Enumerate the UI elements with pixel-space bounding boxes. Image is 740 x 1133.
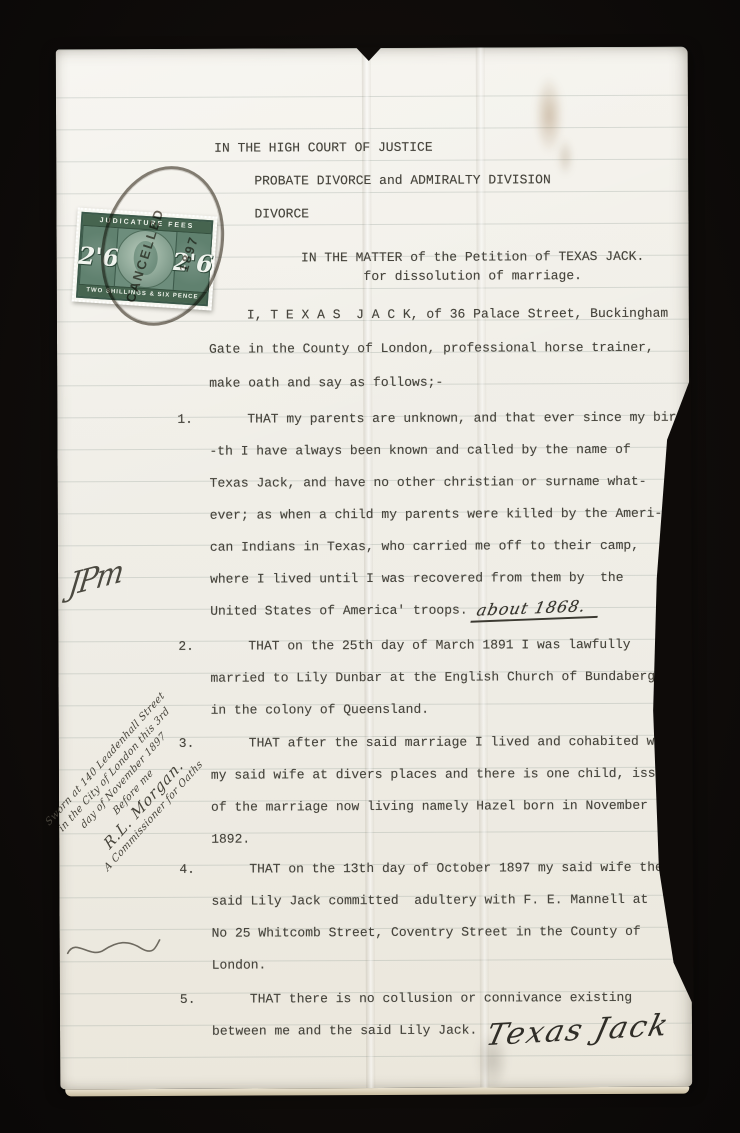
paragraph-2: 2. THAT on the 25th day of March 1891 I … (210, 629, 680, 727)
paragraph-line: where I lived until I was recovered from… (210, 562, 680, 596)
matter-line1: IN THE MATTER of the Petition of TEXAS J… (289, 247, 657, 268)
top-fold-notch (356, 47, 382, 61)
paragraph-line: THAT on the 25th day of March 1891 I was… (210, 629, 680, 663)
heading-division: PROBATE DIVORCE and ADMIRALTY DIVISION (254, 163, 551, 197)
paragraph-line: THAT on the 13th day of October 1897 my … (211, 852, 681, 886)
paragraph-4: 4. THAT on the 13th day of October 1897 … (211, 852, 682, 982)
paragraph-number: 4. (179, 854, 195, 886)
paragraph-1: 1. THAT my parents are unknown, and that… (209, 402, 680, 628)
heading-court: IN THE HIGH COURT OF JUSTICE (214, 130, 551, 164)
paragraph-line: in the colony of Queensland. (211, 693, 681, 727)
flourish-squiggle (64, 931, 164, 965)
paragraph-line: said Lily Jack committed adultery with F… (211, 884, 681, 918)
paragraph-line: -th I have always been known and called … (209, 434, 679, 468)
paragraph-line: Texas Jack, and have no other christian … (210, 466, 680, 500)
preamble-line: I, T E X A S J A C K, of 36 Palace Stree… (209, 297, 668, 333)
paragraph-line: THAT after the said marriage I lived and… (211, 726, 681, 760)
paragraph-line: THAT my parents are unknown, and that ev… (209, 402, 679, 436)
paragraph-line: of the marriage now living namely Hazel … (211, 790, 681, 824)
paragraph-line: married to Lily Dunbar at the English Ch… (210, 661, 680, 695)
heading-cause: DIVORCE (254, 196, 551, 230)
preamble-line: Gate in the County of London, profession… (209, 331, 668, 367)
paragraph-line: United States of America' troops.about 1… (210, 594, 680, 628)
matter-title: IN THE MATTER of the Petition of TEXAS J… (289, 247, 657, 287)
paragraph-number: 5. (180, 984, 196, 1016)
preamble: I, T E X A S J A C K, of 36 Palace Stree… (209, 297, 669, 401)
paragraph-line: ever; as when a child my parents were ki… (210, 498, 680, 532)
paragraph-line: No 25 Whitcomb Street, Coventry Street i… (212, 916, 682, 950)
matter-line2: for dissolution of marriage. (289, 266, 657, 287)
court-heading: IN THE HIGH COURT OF JUSTICE PROBATE DIV… (208, 130, 551, 230)
paragraph-line: can Indians in Texas, who carried me off… (210, 530, 680, 564)
paragraph-line: my said wife at divers places and there … (211, 758, 681, 792)
paragraph-3: 3. THAT after the said marriage I lived … (211, 726, 682, 856)
paragraph-line: 1892. (211, 822, 681, 856)
paragraph-number: 1. (177, 404, 193, 436)
paragraph-number: 2. (178, 631, 194, 663)
handwritten-annotation-about-1868: about 1868. (471, 596, 603, 623)
document-page: JUDICATURE FEES 2'6 2'6 TWO SHILLINGS & … (56, 47, 693, 1090)
preamble-line: make oath and say as follows;- (209, 365, 668, 401)
stain (556, 137, 574, 177)
paragraph-line: London. (212, 948, 682, 982)
paragraph-line-text: United States of America' troops. (210, 603, 468, 619)
